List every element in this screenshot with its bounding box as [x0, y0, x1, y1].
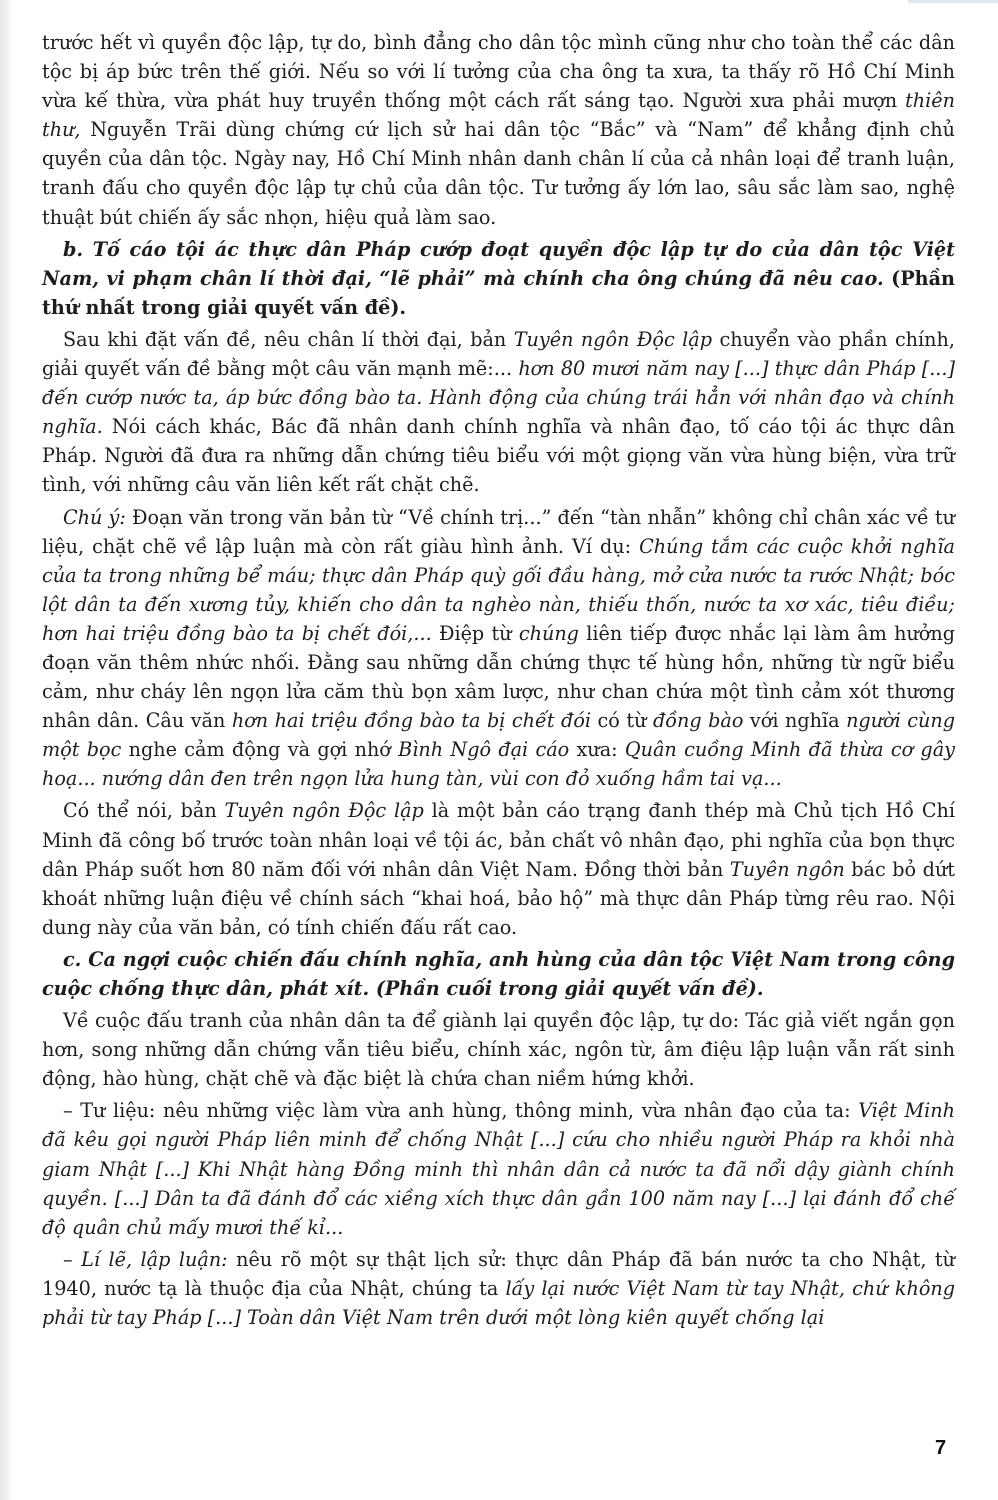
- text-run: Nói cách khác, Bác đã nhân danh chính ng…: [42, 415, 955, 496]
- text-run: trước hết vì quyền độc lập, tự do, bình …: [42, 31, 955, 112]
- text-run: nghe cảm động và gợi nhớ: [121, 738, 398, 761]
- text-run: –: [63, 1248, 81, 1271]
- italic-run: chúng: [519, 622, 579, 645]
- section-heading: b. Tố cáo tội ác thực dân Pháp cướp đoạt…: [42, 235, 955, 322]
- italic-run: Bình Ngô đại cáo: [398, 738, 569, 761]
- text-run: Sau khi đặt vấn đề, nêu chân lí thời đại…: [63, 328, 514, 351]
- text-run: xưa:: [569, 738, 625, 761]
- text-run: Nguyễn Trãi dùng chứng cứ lịch sử hai dâ…: [42, 118, 955, 228]
- page-number: 7: [935, 1437, 946, 1460]
- paragraph: Về cuộc đấu tranh của nhân dân ta để già…: [42, 1006, 955, 1093]
- paragraph: Có thể nói, bản Tuyên ngôn Độc lập là mộ…: [42, 796, 955, 941]
- paragraph: – Tư liệu: nêu những việc làm vừa anh hù…: [42, 1096, 955, 1241]
- italic-run: Tuyên ngôn Độc lập: [225, 799, 424, 822]
- text-run: có từ: [591, 709, 653, 732]
- italic-run: Tuyên ngôn: [730, 858, 845, 881]
- italic-run: Tuyên ngôn Độc lập: [514, 328, 712, 351]
- page-edge-shadow: [0, 0, 14, 1500]
- italic-run: đồng bào: [653, 709, 743, 732]
- text-run: – Tư liệu: nêu những việc làm vừa anh hù…: [63, 1099, 858, 1122]
- paragraph: trước hết vì quyền độc lập, tự do, bình …: [42, 28, 955, 232]
- text-run: Có thể nói, bản: [63, 799, 225, 822]
- text-run: với nghĩa: [743, 709, 846, 732]
- italic-run: hơn hai triệu đồng bào ta bị chết đói: [232, 709, 591, 732]
- text-run: c. Ca ngợi cuộc chiến đấu chính nghĩa, a…: [42, 948, 955, 1000]
- text-run: b. Tố cáo tội ác thực dân Pháp cướp đoạt…: [42, 238, 955, 290]
- document-body: trước hết vì quyền độc lập, tự do, bình …: [42, 28, 955, 1335]
- paragraph: Sau khi đặt vấn đề, nêu chân lí thời đại…: [42, 325, 955, 500]
- text-run: Về cuộc đấu tranh của nhân dân ta để già…: [42, 1009, 955, 1090]
- scan-edge-tint: [908, 0, 998, 3]
- italic-run: Chú ý:: [63, 506, 126, 529]
- paragraph: Chú ý: Đoạn văn trong văn bản từ “Về chí…: [42, 503, 955, 794]
- section-heading: c. Ca ngợi cuộc chiến đấu chính nghĩa, a…: [42, 945, 955, 1003]
- italic-run: Lí lẽ, lập luận:: [81, 1248, 228, 1271]
- text-run: Điệp từ: [432, 622, 519, 645]
- paragraph: – Lí lẽ, lập luận: nêu rõ một sự thật lị…: [42, 1245, 955, 1332]
